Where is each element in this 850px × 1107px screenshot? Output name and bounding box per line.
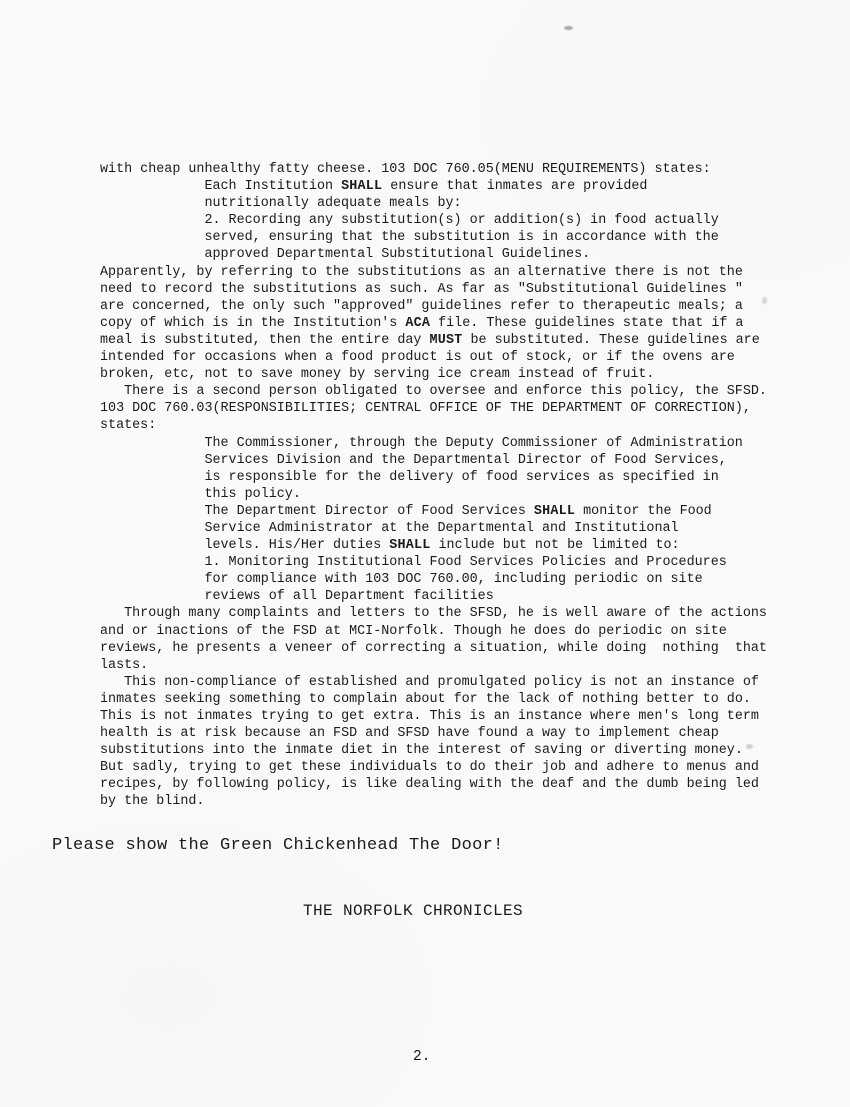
document-line: copy of which is in the Institution's AC… [100, 315, 767, 332]
document-line: lasts. [100, 657, 767, 674]
document-line: There is a second person obligated to ov… [100, 383, 767, 400]
document-line: health is at risk because an FSD and SFS… [100, 725, 767, 742]
closing-line: Please show the Green Chickenhead The Do… [52, 836, 504, 855]
document-line: substitutions into the inmate diet in th… [100, 742, 767, 759]
document-line: served, ensuring that the substitution i… [100, 229, 767, 246]
scan-artifact [564, 26, 573, 30]
document-line: Apparently, by referring to the substitu… [100, 264, 767, 281]
page-number: 2. [413, 1049, 430, 1065]
document-line: 103 DOC 760.03(RESPONSIBILITIES; CENTRAL… [100, 400, 767, 417]
document-line: and or inactions of the FSD at MCI-Norfo… [100, 623, 767, 640]
document-body: with cheap unhealthy fatty cheese. 103 D… [100, 161, 767, 811]
document-line: for compliance with 103 DOC 760.00, incl… [100, 571, 767, 588]
document-line: This non-compliance of established and p… [100, 674, 767, 691]
document-line: with cheap unhealthy fatty cheese. 103 D… [100, 161, 767, 178]
document-line: states: [100, 417, 767, 434]
document-line: The Commissioner, through the Deputy Com… [100, 435, 767, 452]
document-line: The Department Director of Food Services… [100, 503, 767, 520]
document-line: is responsible for the delivery of food … [100, 469, 767, 486]
byline: THE NORFOLK CHRONICLES [303, 902, 523, 920]
document-line: inmates seeking something to complain ab… [100, 691, 767, 708]
document-line: reviews, he presents a veneer of correct… [100, 640, 767, 657]
document-line: intended for occasions when a food produ… [100, 349, 767, 366]
document-line: broken, etc, not to save money by servin… [100, 366, 767, 383]
document-line: This is not inmates trying to get extra.… [100, 708, 767, 725]
document-line: need to record the substitutions as such… [100, 281, 767, 298]
document-line: meal is substituted, then the entire day… [100, 332, 767, 349]
document-line: reviews of all Department facilities [100, 588, 767, 605]
document-line: recipes, by following policy, is like de… [100, 776, 767, 793]
document-line: are concerned, the only such "approved" … [100, 298, 767, 315]
document-line: Services Division and the Departmental D… [100, 452, 767, 469]
document-line: nutritionally adequate meals by: [100, 195, 767, 212]
document-line: Each Institution SHALL ensure that inmat… [100, 178, 767, 195]
document-line: Service Administrator at the Departmenta… [100, 520, 767, 537]
scanned-page: with cheap unhealthy fatty cheese. 103 D… [0, 0, 850, 1107]
document-line: 1. Monitoring Institutional Food Service… [100, 554, 767, 571]
document-line: approved Departmental Substitutional Gui… [100, 246, 767, 263]
document-line: Through many complaints and letters to t… [100, 605, 767, 622]
document-line: But sadly, trying to get these individua… [100, 759, 767, 776]
document-line: this policy. [100, 486, 767, 503]
document-line: 2. Recording any substitution(s) or addi… [100, 212, 767, 229]
document-line: by the blind. [100, 793, 767, 810]
document-line: levels. His/Her duties SHALL include but… [100, 537, 767, 554]
